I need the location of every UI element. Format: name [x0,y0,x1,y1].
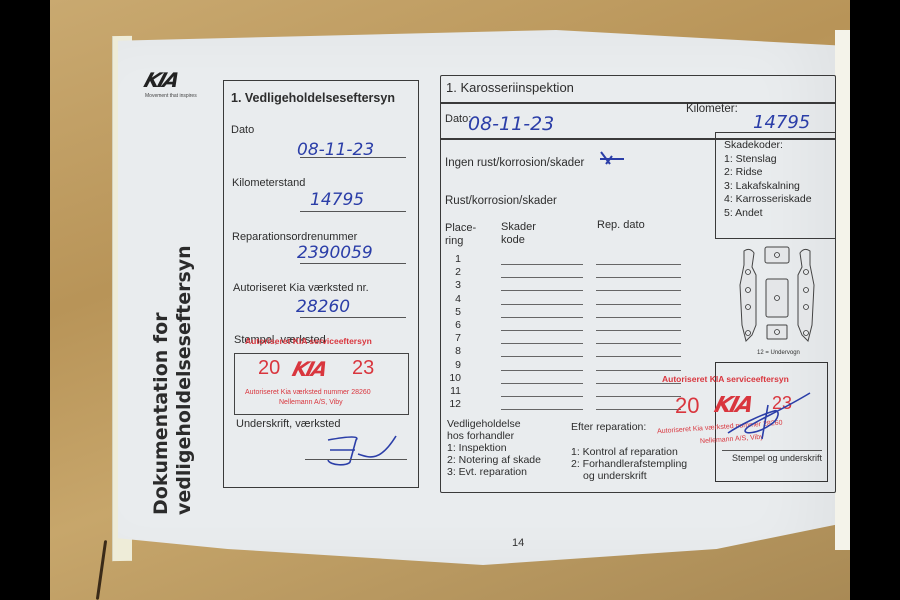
maintenance-stamp-year-left: 20 [258,357,280,380]
repair-date-field[interactable] [596,409,681,410]
damage-code-item: 4: Karrosseriskade [724,193,828,207]
maintenance-workshop-label: Autoriseret Kia værksted nr. [233,282,369,294]
col-placering-line-1: Place- [445,222,476,235]
damage-code-field[interactable] [501,396,583,397]
damage-code-field[interactable] [501,409,583,410]
row-number: 3 [443,279,461,291]
damage-code-field[interactable] [501,304,583,305]
repair-date-field[interactable] [596,370,681,371]
damage-code-field[interactable] [501,277,583,278]
row-number: 10 [443,372,461,384]
maintenance-order-label: Reparationsordrenummer [232,231,357,243]
maintenance-date-label: Dato [231,124,254,136]
dealer-note-line: hos forhandler [447,430,541,442]
damage-code-field[interactable] [501,383,583,384]
repair-date-field[interactable] [596,356,681,357]
title-divider [440,102,836,104]
body-km-value[interactable]: 14795 [753,112,810,133]
after-repair-line: 2: Forhandlerafstempling [571,458,687,470]
car-body-diagram-icon [738,245,816,350]
damage-code-field[interactable] [501,343,583,344]
row-number: 2 [443,266,461,278]
after-repair-line: 1: Kontrol af reparation [571,446,687,458]
maintenance-stamp-logo: KIA [290,357,329,381]
body-date-value[interactable]: 08-11-23 [468,113,554,135]
col-header-skader-kode: Skader kode [501,221,536,247]
dealer-stamp-header: Autoriseret KIA serviceeftersyn [662,374,789,384]
dealer-stamp-year-left: 20 [675,393,699,419]
damage-code-field[interactable] [501,317,583,318]
dealer-note-line: Vedligeholdelse [447,418,541,430]
after-repair-notes: 1: Kontrol af reparation 2: Forhandleraf… [571,446,687,482]
repair-date-field[interactable] [596,343,681,344]
row-number: 5 [443,306,461,318]
booklet-right-edge [835,30,850,550]
side-title-line-2: vedligeholdelseseftersyn [173,245,196,515]
damage-code-item: 2: Ridse [724,166,828,180]
damage-code-field[interactable] [501,370,583,371]
repair-date-field[interactable] [596,317,681,318]
repair-date-field[interactable] [596,264,681,265]
after-repair-line: og underskrift [571,470,687,482]
col-skader-line-1: Skader [501,221,536,234]
no-damage-checkmark[interactable] [598,150,626,168]
maintenance-km-line [300,211,406,212]
dealer-signature [720,385,820,445]
row-number: 8 [443,345,461,357]
dealer-stamp-sign-label: Stempel og underskrift [732,453,822,463]
page-number: 14 [512,537,524,549]
dealer-note-line: 3: Evt. reparation [447,466,541,478]
damage-code-item: 1: Stenslag [724,153,828,167]
maintenance-km-label: Kilometerstand [232,177,305,189]
row-number: 11 [443,385,461,397]
dealer-note-line: 1: Inspektion [447,442,541,454]
maintenance-order-line [300,263,406,264]
maintenance-workshop-value[interactable]: 28260 [296,297,350,317]
maintenance-title: 1. Vedligeholdelseseftersyn [231,91,395,105]
damage-code-field[interactable] [501,290,583,291]
row-number: 4 [443,293,461,305]
no-damage-label: Ingen rust/korrosion/skader [445,157,584,169]
damage-codes-box: Skadekoder: 1: Stenslag 2: Ridse 3: Laka… [715,132,836,239]
damage-code-field[interactable] [501,264,583,265]
damage-codes-title: Skadekoder: [724,139,828,153]
row-number: 1 [443,253,461,265]
damage-code-item: 5: Andet [724,207,828,221]
repair-date-field[interactable] [596,304,681,305]
col-skader-line-2: kode [501,234,536,247]
dealer-note-line: 2: Notering af skade [447,454,541,466]
repair-date-field[interactable] [596,290,681,291]
repair-date-field[interactable] [596,330,681,331]
side-title-line-1: Dokumentation for [150,245,173,515]
repair-date-field[interactable] [596,396,681,397]
row-number: 9 [443,359,461,371]
maintenance-stamp-year-right: 23 [352,357,374,380]
maintenance-signature-line [305,459,407,460]
maintenance-workshop-line [300,317,406,318]
maintenance-signature [300,428,410,468]
damage-code-item: 3: Lakafskalning [724,180,828,194]
side-title: Dokumentation for vedligeholdelsesefters… [150,245,196,515]
col-placering-line-2: ring [445,235,476,248]
maintenance-km-value[interactable]: 14795 [310,190,364,210]
maintenance-stamp-header: Autoriseret KIA serviceeftersyn [245,336,372,346]
col-header-rep-dato: Rep. dato [597,219,645,231]
body-km-label: Kilometer: [686,103,738,115]
col-header-placering: Place- ring [445,222,476,248]
dealer-stamp-line [722,450,822,451]
repair-date-field[interactable] [596,277,681,278]
maintenance-date-line [300,157,406,158]
maintenance-stamp-line-2: Nellemann A/S, Viby [279,399,343,406]
maintenance-order-value[interactable]: 2390059 [297,243,373,263]
kia-logo: KIA Movement that inspires [145,68,197,99]
kia-tagline: Movement that inspires [145,93,197,99]
kia-logo-mark: KIA [141,68,181,92]
damage-label: Rust/korrosion/skader [445,195,557,207]
row-number: 6 [443,319,461,331]
after-repair-title: Efter reparation: [571,421,646,433]
maintenance-stamp-line-1: Autoriseret Kia værksted nummer 28260 [245,389,371,396]
damage-code-field[interactable] [501,330,583,331]
diagram-note: 12 = Undervogn [757,350,800,356]
row-number: 12 [443,398,461,410]
damage-code-field[interactable] [501,356,583,357]
body-inspection-title: 1. Karosseriinspektion [446,80,574,95]
dealer-maintenance-notes: Vedligeholdelse hos forhandler 1: Inspek… [447,418,541,478]
row-number: 7 [443,332,461,344]
